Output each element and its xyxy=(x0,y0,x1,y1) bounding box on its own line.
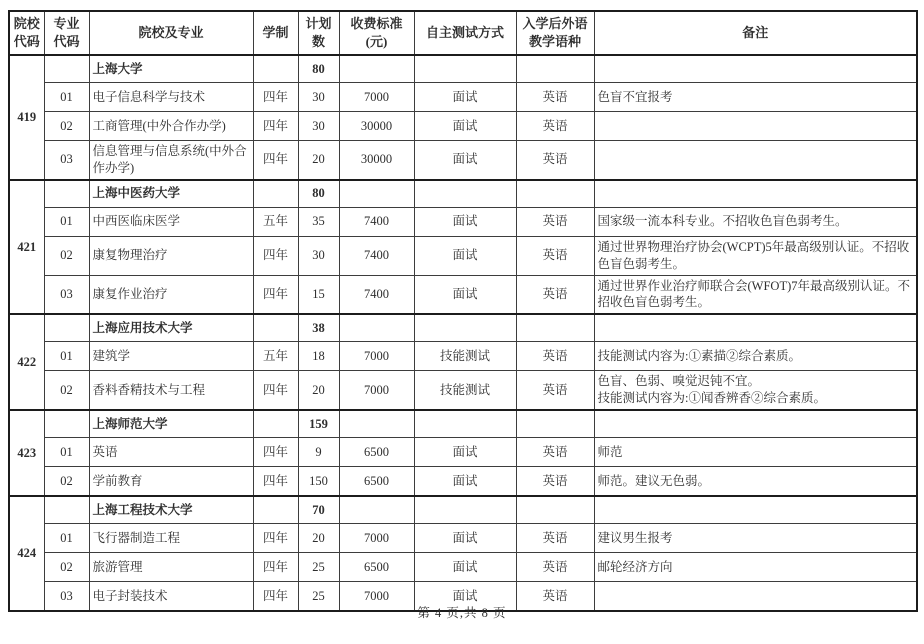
test-method: 面试 xyxy=(414,275,516,314)
major-code: 02 xyxy=(44,236,89,275)
major-code xyxy=(44,55,89,83)
admissions-plan-page: 院校 代码专业 代码院校及专业学制计划数收费标准 (元)自主测试方式入学后外语 … xyxy=(0,0,924,644)
major-code xyxy=(44,314,89,342)
test-method xyxy=(414,55,516,83)
fee xyxy=(339,314,414,342)
page-footer: 第 4 页,共 8 页 xyxy=(8,603,916,621)
remark: 国家级一流本科专业。不招收色盲色弱考生。 xyxy=(594,207,917,236)
remark: 技能测试内容为:①素描②综合素质。 xyxy=(594,342,917,371)
test-method xyxy=(414,496,516,524)
study-years: 四年 xyxy=(253,553,298,582)
remark xyxy=(594,55,917,83)
remark: 通过世界作业治疗师联合会(WFOT)7年最高级别认证。不招收色盲色弱考生。 xyxy=(594,275,917,314)
language xyxy=(516,410,594,438)
major-row: 02学前教育四年1506500面试英语师范。建议无色弱。 xyxy=(9,467,917,497)
plan-total: 80 xyxy=(298,55,339,83)
fee: 6500 xyxy=(339,467,414,497)
study-years: 四年 xyxy=(253,371,298,410)
fee: 6500 xyxy=(339,553,414,582)
language: 英语 xyxy=(516,141,594,180)
remark: 邮轮经济方向 xyxy=(594,553,917,582)
major-code: 02 xyxy=(44,553,89,582)
major-row: 03康复作业治疗四年157400面试英语通过世界作业治疗师联合会(WFOT)7年… xyxy=(9,275,917,314)
major-code: 02 xyxy=(44,112,89,141)
column-header: 专业 代码 xyxy=(44,11,89,55)
fee: 6500 xyxy=(339,438,414,467)
college-name: 上海大学 xyxy=(89,55,253,83)
plan-count: 20 xyxy=(298,524,339,553)
major-row: 02香料香精技术与工程四年207000技能测试英语色盲、色弱、嗅觉迟钝不宜。 技… xyxy=(9,371,917,410)
major-row: 03信息管理与信息系统(中外合作办学)四年2030000面试英语 xyxy=(9,141,917,180)
major-name: 英语 xyxy=(89,438,253,467)
college-code: 421 xyxy=(9,180,44,315)
plan-count: 9 xyxy=(298,438,339,467)
language: 英语 xyxy=(516,371,594,410)
fee xyxy=(339,496,414,524)
plan-total: 38 xyxy=(298,314,339,342)
study-years: 四年 xyxy=(253,83,298,112)
major-code: 01 xyxy=(44,83,89,112)
fee: 30000 xyxy=(339,141,414,180)
major-row: 02旅游管理四年256500面试英语邮轮经济方向 xyxy=(9,553,917,582)
language xyxy=(516,314,594,342)
column-header: 院校及专业 xyxy=(89,11,253,55)
study-years: 五年 xyxy=(253,342,298,371)
test-method: 技能测试 xyxy=(414,371,516,410)
fee: 7000 xyxy=(339,371,414,410)
major-code: 01 xyxy=(44,524,89,553)
major-row: 01英语四年96500面试英语师范 xyxy=(9,438,917,467)
plan-count: 30 xyxy=(298,236,339,275)
study-years xyxy=(253,410,298,438)
remark xyxy=(594,141,917,180)
test-method: 面试 xyxy=(414,83,516,112)
page-indicator: 第 4 页,共 8 页 xyxy=(417,606,506,620)
language xyxy=(516,55,594,83)
study-years: 四年 xyxy=(253,112,298,141)
test-method xyxy=(414,410,516,438)
major-name: 康复作业治疗 xyxy=(89,275,253,314)
remark: 建议男生报考 xyxy=(594,524,917,553)
college-header-row: 419上海大学80 xyxy=(9,55,917,83)
remark xyxy=(594,314,917,342)
college-name: 上海师范大学 xyxy=(89,410,253,438)
major-name: 中西医临床医学 xyxy=(89,207,253,236)
plan-count: 20 xyxy=(298,371,339,410)
remark xyxy=(594,112,917,141)
major-code xyxy=(44,496,89,524)
column-header: 院校 代码 xyxy=(9,11,44,55)
major-name: 建筑学 xyxy=(89,342,253,371)
major-name: 工商管理(中外合作办学) xyxy=(89,112,253,141)
language: 英语 xyxy=(516,275,594,314)
college-name: 上海工程技术大学 xyxy=(89,496,253,524)
language: 英语 xyxy=(516,83,594,112)
test-method: 面试 xyxy=(414,236,516,275)
test-method: 面试 xyxy=(414,553,516,582)
study-years: 四年 xyxy=(253,467,298,497)
plan-total: 70 xyxy=(298,496,339,524)
major-code xyxy=(44,180,89,208)
plan-count: 18 xyxy=(298,342,339,371)
header-row: 院校 代码专业 代码院校及专业学制计划数收费标准 (元)自主测试方式入学后外语 … xyxy=(9,11,917,55)
language: 英语 xyxy=(516,524,594,553)
major-name: 信息管理与信息系统(中外合作办学) xyxy=(89,141,253,180)
fee: 7000 xyxy=(339,524,414,553)
fee xyxy=(339,180,414,208)
language xyxy=(516,180,594,208)
plan-count: 150 xyxy=(298,467,339,497)
test-method: 面试 xyxy=(414,524,516,553)
test-method: 面试 xyxy=(414,141,516,180)
major-code: 02 xyxy=(44,371,89,410)
major-row: 01飞行器制造工程四年207000面试英语建议男生报考 xyxy=(9,524,917,553)
major-row: 01建筑学五年187000技能测试英语技能测试内容为:①素描②综合素质。 xyxy=(9,342,917,371)
college-name: 上海中医药大学 xyxy=(89,180,253,208)
fee: 7000 xyxy=(339,83,414,112)
test-method: 面试 xyxy=(414,467,516,497)
column-header: 自主测试方式 xyxy=(414,11,516,55)
major-code xyxy=(44,410,89,438)
column-header: 入学后外语 教学语种 xyxy=(516,11,594,55)
study-years: 四年 xyxy=(253,275,298,314)
test-method: 面试 xyxy=(414,207,516,236)
major-code: 01 xyxy=(44,438,89,467)
college-name: 上海应用技术大学 xyxy=(89,314,253,342)
language: 英语 xyxy=(516,438,594,467)
remark xyxy=(594,180,917,208)
test-method xyxy=(414,180,516,208)
study-years xyxy=(253,55,298,83)
study-years: 四年 xyxy=(253,236,298,275)
major-row: 01电子信息科学与技术四年307000面试英语色盲不宜报考 xyxy=(9,83,917,112)
column-header: 收费标准 (元) xyxy=(339,11,414,55)
test-method xyxy=(414,314,516,342)
major-row: 02康复物理治疗四年307400面试英语通过世界物理治疗协会(WCPT)5年最高… xyxy=(9,236,917,275)
plan-count: 30 xyxy=(298,83,339,112)
study-years xyxy=(253,496,298,524)
fee: 7400 xyxy=(339,207,414,236)
major-code: 01 xyxy=(44,342,89,371)
study-years xyxy=(253,314,298,342)
fee: 7000 xyxy=(339,342,414,371)
remark xyxy=(594,496,917,524)
major-name: 电子信息科学与技术 xyxy=(89,83,253,112)
remark: 色盲不宜报考 xyxy=(594,83,917,112)
language: 英语 xyxy=(516,207,594,236)
major-name: 康复物理治疗 xyxy=(89,236,253,275)
language: 英语 xyxy=(516,342,594,371)
plan-count: 35 xyxy=(298,207,339,236)
plan-count: 15 xyxy=(298,275,339,314)
college-header-row: 422上海应用技术大学38 xyxy=(9,314,917,342)
major-name: 飞行器制造工程 xyxy=(89,524,253,553)
college-code: 422 xyxy=(9,314,44,410)
language: 英语 xyxy=(516,553,594,582)
language: 英语 xyxy=(516,236,594,275)
major-row: 01中西医临床医学五年357400面试英语国家级一流本科专业。不招收色盲色弱考生… xyxy=(9,207,917,236)
fee: 7400 xyxy=(339,275,414,314)
fee: 30000 xyxy=(339,112,414,141)
fee: 7400 xyxy=(339,236,414,275)
major-name: 旅游管理 xyxy=(89,553,253,582)
remark: 通过世界物理治疗协会(WCPT)5年最高级别认证。不招收色盲色弱考生。 xyxy=(594,236,917,275)
test-method: 面试 xyxy=(414,112,516,141)
column-header: 备注 xyxy=(594,11,917,55)
major-name: 学前教育 xyxy=(89,467,253,497)
fee xyxy=(339,55,414,83)
major-code: 03 xyxy=(44,275,89,314)
major-row: 02工商管理(中外合作办学)四年3030000面试英语 xyxy=(9,112,917,141)
plan-count: 30 xyxy=(298,112,339,141)
major-code: 02 xyxy=(44,467,89,497)
college-code: 419 xyxy=(9,55,44,180)
column-header: 学制 xyxy=(253,11,298,55)
major-code: 01 xyxy=(44,207,89,236)
study-years: 四年 xyxy=(253,438,298,467)
study-years: 四年 xyxy=(253,524,298,553)
college-header-row: 423上海师范大学159 xyxy=(9,410,917,438)
language xyxy=(516,496,594,524)
remark: 色盲、色弱、嗅觉迟钝不宜。 技能测试内容为:①闻香辨香②综合素质。 xyxy=(594,371,917,410)
test-method: 面试 xyxy=(414,438,516,467)
study-years: 五年 xyxy=(253,207,298,236)
remark: 师范。建议无色弱。 xyxy=(594,467,917,497)
college-header-row: 421上海中医药大学80 xyxy=(9,180,917,208)
remark: 师范 xyxy=(594,438,917,467)
college-header-row: 424上海工程技术大学70 xyxy=(9,496,917,524)
language: 英语 xyxy=(516,467,594,497)
plan-count: 20 xyxy=(298,141,339,180)
language: 英语 xyxy=(516,112,594,141)
test-method: 技能测试 xyxy=(414,342,516,371)
college-code: 423 xyxy=(9,410,44,496)
college-code: 424 xyxy=(9,496,44,611)
plan-count: 25 xyxy=(298,553,339,582)
major-code: 03 xyxy=(44,141,89,180)
remark xyxy=(594,410,917,438)
plan-total: 80 xyxy=(298,180,339,208)
major-name: 香料香精技术与工程 xyxy=(89,371,253,410)
study-years: 四年 xyxy=(253,141,298,180)
plan-total: 159 xyxy=(298,410,339,438)
admissions-table: 院校 代码专业 代码院校及专业学制计划数收费标准 (元)自主测试方式入学后外语 … xyxy=(8,10,918,612)
study-years xyxy=(253,180,298,208)
column-header: 计划数 xyxy=(298,11,339,55)
fee xyxy=(339,410,414,438)
